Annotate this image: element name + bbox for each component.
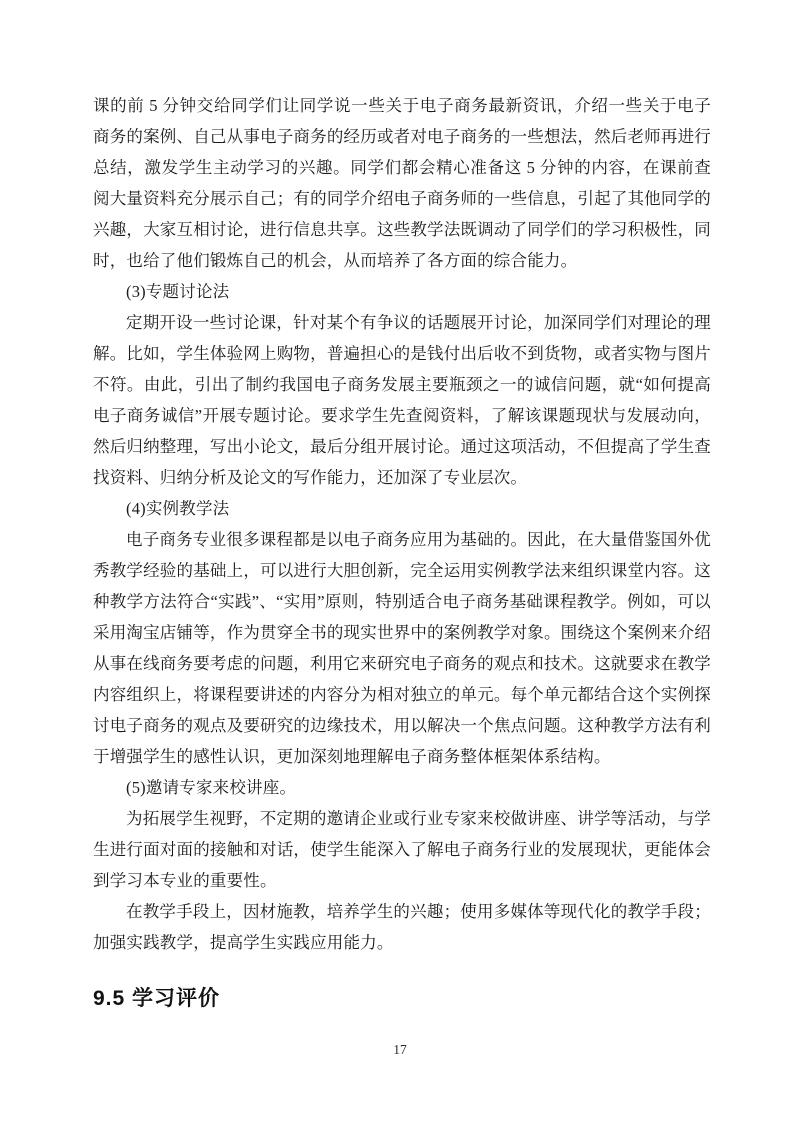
page-number: 17 [0,1042,800,1058]
method-4-body-paragraph: 电子商务专业很多课程都是以电子商务应用为基础的。因此，在大量借鉴国外优秀教学经验… [93,524,711,772]
method-4-label: (4)实例教学法 [93,493,711,524]
document-page: 课的前 5 分钟交给同学们让同学说一些关于电子商务最新资讯，介绍一些关于电子商务… [0,0,800,1130]
method-5-label: (5)邀请专家来校讲座。 [93,772,711,803]
method-5-body-paragraph: 为拓展学生视野，不定期的邀请企业或行业专家来校做讲座、讲学等活动，与学生进行面对… [93,803,711,896]
method-3-body-paragraph: 定期开设一些讨论课，针对某个有争议的话题展开讨论，加深同学们对理论的理解。比如，… [93,307,711,493]
page-content: 课的前 5 分钟交给同学们让同学说一些关于电子商务最新资讯，介绍一些关于电子商务… [93,90,711,1014]
method-3-label: (3)专题讨论法 [93,276,711,307]
intro-continuation-paragraph: 课的前 5 分钟交给同学们让同学说一些关于电子商务最新资讯，介绍一些关于电子商务… [93,90,711,276]
section-heading-9-5: 9.5 学习评价 [93,984,711,1014]
teaching-means-paragraph: 在教学手段上，因材施教，培养学生的兴趣；使用多媒体等现代化的教学手段；加强实践教… [93,896,711,958]
